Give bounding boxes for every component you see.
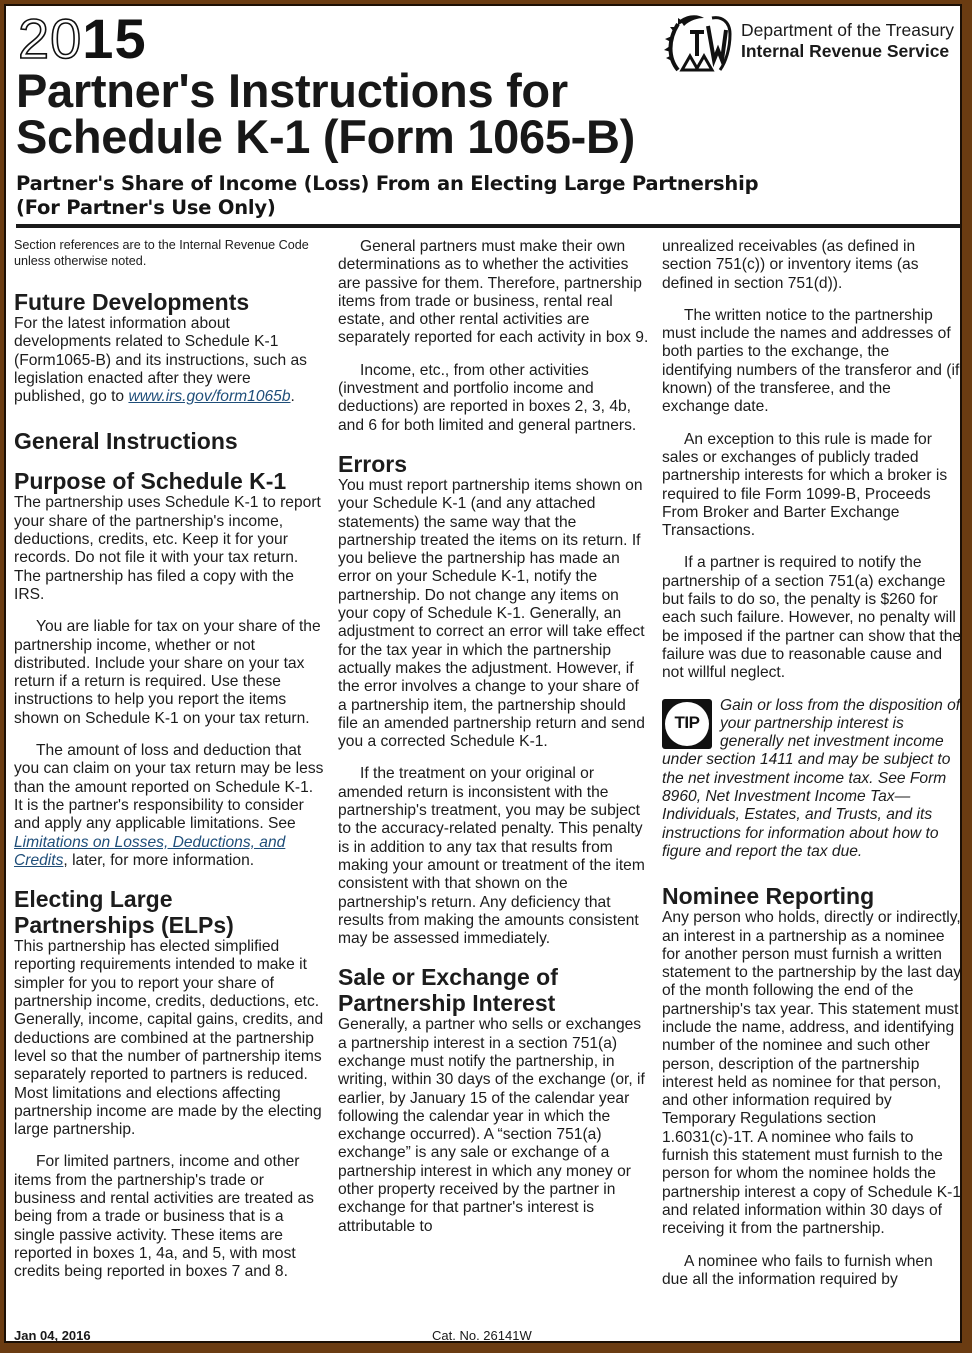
errors-paragraph-1: You must report partnership items shown … (338, 477, 650, 751)
nominee-paragraph-1: Any person who holds, directly or indire… (662, 909, 962, 1238)
heading-sale-or-exchange: Sale or Exchange of Partnership Interest (338, 964, 650, 1016)
heading-electing-large-partnerships: Electing Large Partnerships (ELPs) (14, 886, 324, 938)
header-divider (16, 224, 962, 228)
agency-name: Department of the Treasury Internal Reve… (741, 20, 954, 62)
page-title: Partner's Instructions for Schedule K-1 … (16, 68, 635, 160)
elp-paragraph-2: For limited partners, income and other i… (14, 1153, 324, 1281)
purpose-paragraph-2: You are liable for tax on your share of … (14, 618, 324, 728)
continued-paragraph: unrealized receivables (as defined in se… (662, 238, 962, 293)
subtitle-line-2: (For Partner's Use Only) (16, 196, 758, 220)
heading-future-developments: Future Developments (14, 289, 324, 315)
agency-irs: Internal Revenue Service (741, 41, 954, 62)
purpose-paragraph-1: The partnership uses Schedule K-1 to rep… (14, 494, 324, 604)
section-references-note: Section references are to the Internal R… (14, 238, 324, 269)
irs-eagle-logo-icon (664, 12, 734, 74)
general-partners-paragraph: General partners must make their own det… (338, 238, 650, 348)
heading-errors: Errors (338, 451, 650, 477)
column-3: unrealized receivables (as defined in se… (662, 238, 962, 1289)
form-year: 2015 (18, 8, 147, 70)
written-notice-paragraph: The written notice to the partnership mu… (662, 307, 962, 417)
sale-exchange-paragraph-1: Generally, a partner who sells or exchan… (338, 1016, 650, 1236)
nominee-paragraph-2: A nominee who fails to furnish when due … (662, 1253, 962, 1290)
year-solid: 15 (82, 7, 146, 70)
column-1: Section references are to the Internal R… (14, 238, 324, 1281)
irs-form1065b-link[interactable]: www.irs.gov/form1065b (128, 388, 290, 405)
heading-nominee-reporting: Nominee Reporting (662, 883, 962, 909)
purpose-p3-text: The amount of loss and deduction that yo… (14, 742, 323, 832)
tip-label: TIP (665, 702, 709, 746)
future-text-end: . (291, 388, 295, 405)
tip-icon: TIP (662, 699, 712, 749)
tip-callout: TIP Gain or loss from the disposition of… (662, 697, 962, 862)
title-line-1: Partner's Instructions for (16, 68, 635, 114)
elp-heading-line-1: Electing Large (14, 886, 324, 912)
heading-purpose-of-schedule-k1: Purpose of Schedule K-1 (14, 468, 324, 494)
income-other-activities-paragraph: Income, etc., from other activities (inv… (338, 362, 650, 435)
sale-heading-line-2: Partnership Interest (338, 990, 650, 1016)
elp-heading-line-2: Partnerships (ELPs) (14, 912, 324, 938)
agency-department: Department of the Treasury (741, 20, 954, 41)
heading-general-instructions: General Instructions (14, 428, 324, 454)
exception-paragraph: An exception to this rule is made for sa… (662, 431, 962, 541)
future-developments-text: For the latest information about develop… (14, 315, 324, 406)
purpose-p3-text-end: , later, for more information. (63, 852, 254, 869)
revision-date: Jan 04, 2016 (14, 1328, 91, 1343)
penalty-paragraph: If a partner is required to notify the p… (662, 554, 962, 682)
subtitle-line-1: Partner's Share of Income (Loss) From an… (16, 172, 758, 196)
title-line-2: Schedule K-1 (Form 1065-B) (16, 114, 635, 160)
page-subtitle: Partner's Share of Income (Loss) From an… (16, 172, 758, 220)
elp-paragraph-1: This partnership has elected simplified … (14, 938, 324, 1139)
column-2: General partners must make their own det… (338, 238, 650, 1236)
catalog-number: Cat. No. 26141W (432, 1328, 532, 1343)
year-outline: 20 (18, 7, 82, 70)
sale-heading-line-1: Sale or Exchange of (338, 964, 650, 990)
errors-paragraph-2: If the treatment on your original or ame… (338, 765, 650, 948)
document-page: 2015 Partner's Instructions for Schedule… (4, 4, 962, 1343)
purpose-paragraph-3: The amount of loss and deduction that yo… (14, 742, 324, 870)
